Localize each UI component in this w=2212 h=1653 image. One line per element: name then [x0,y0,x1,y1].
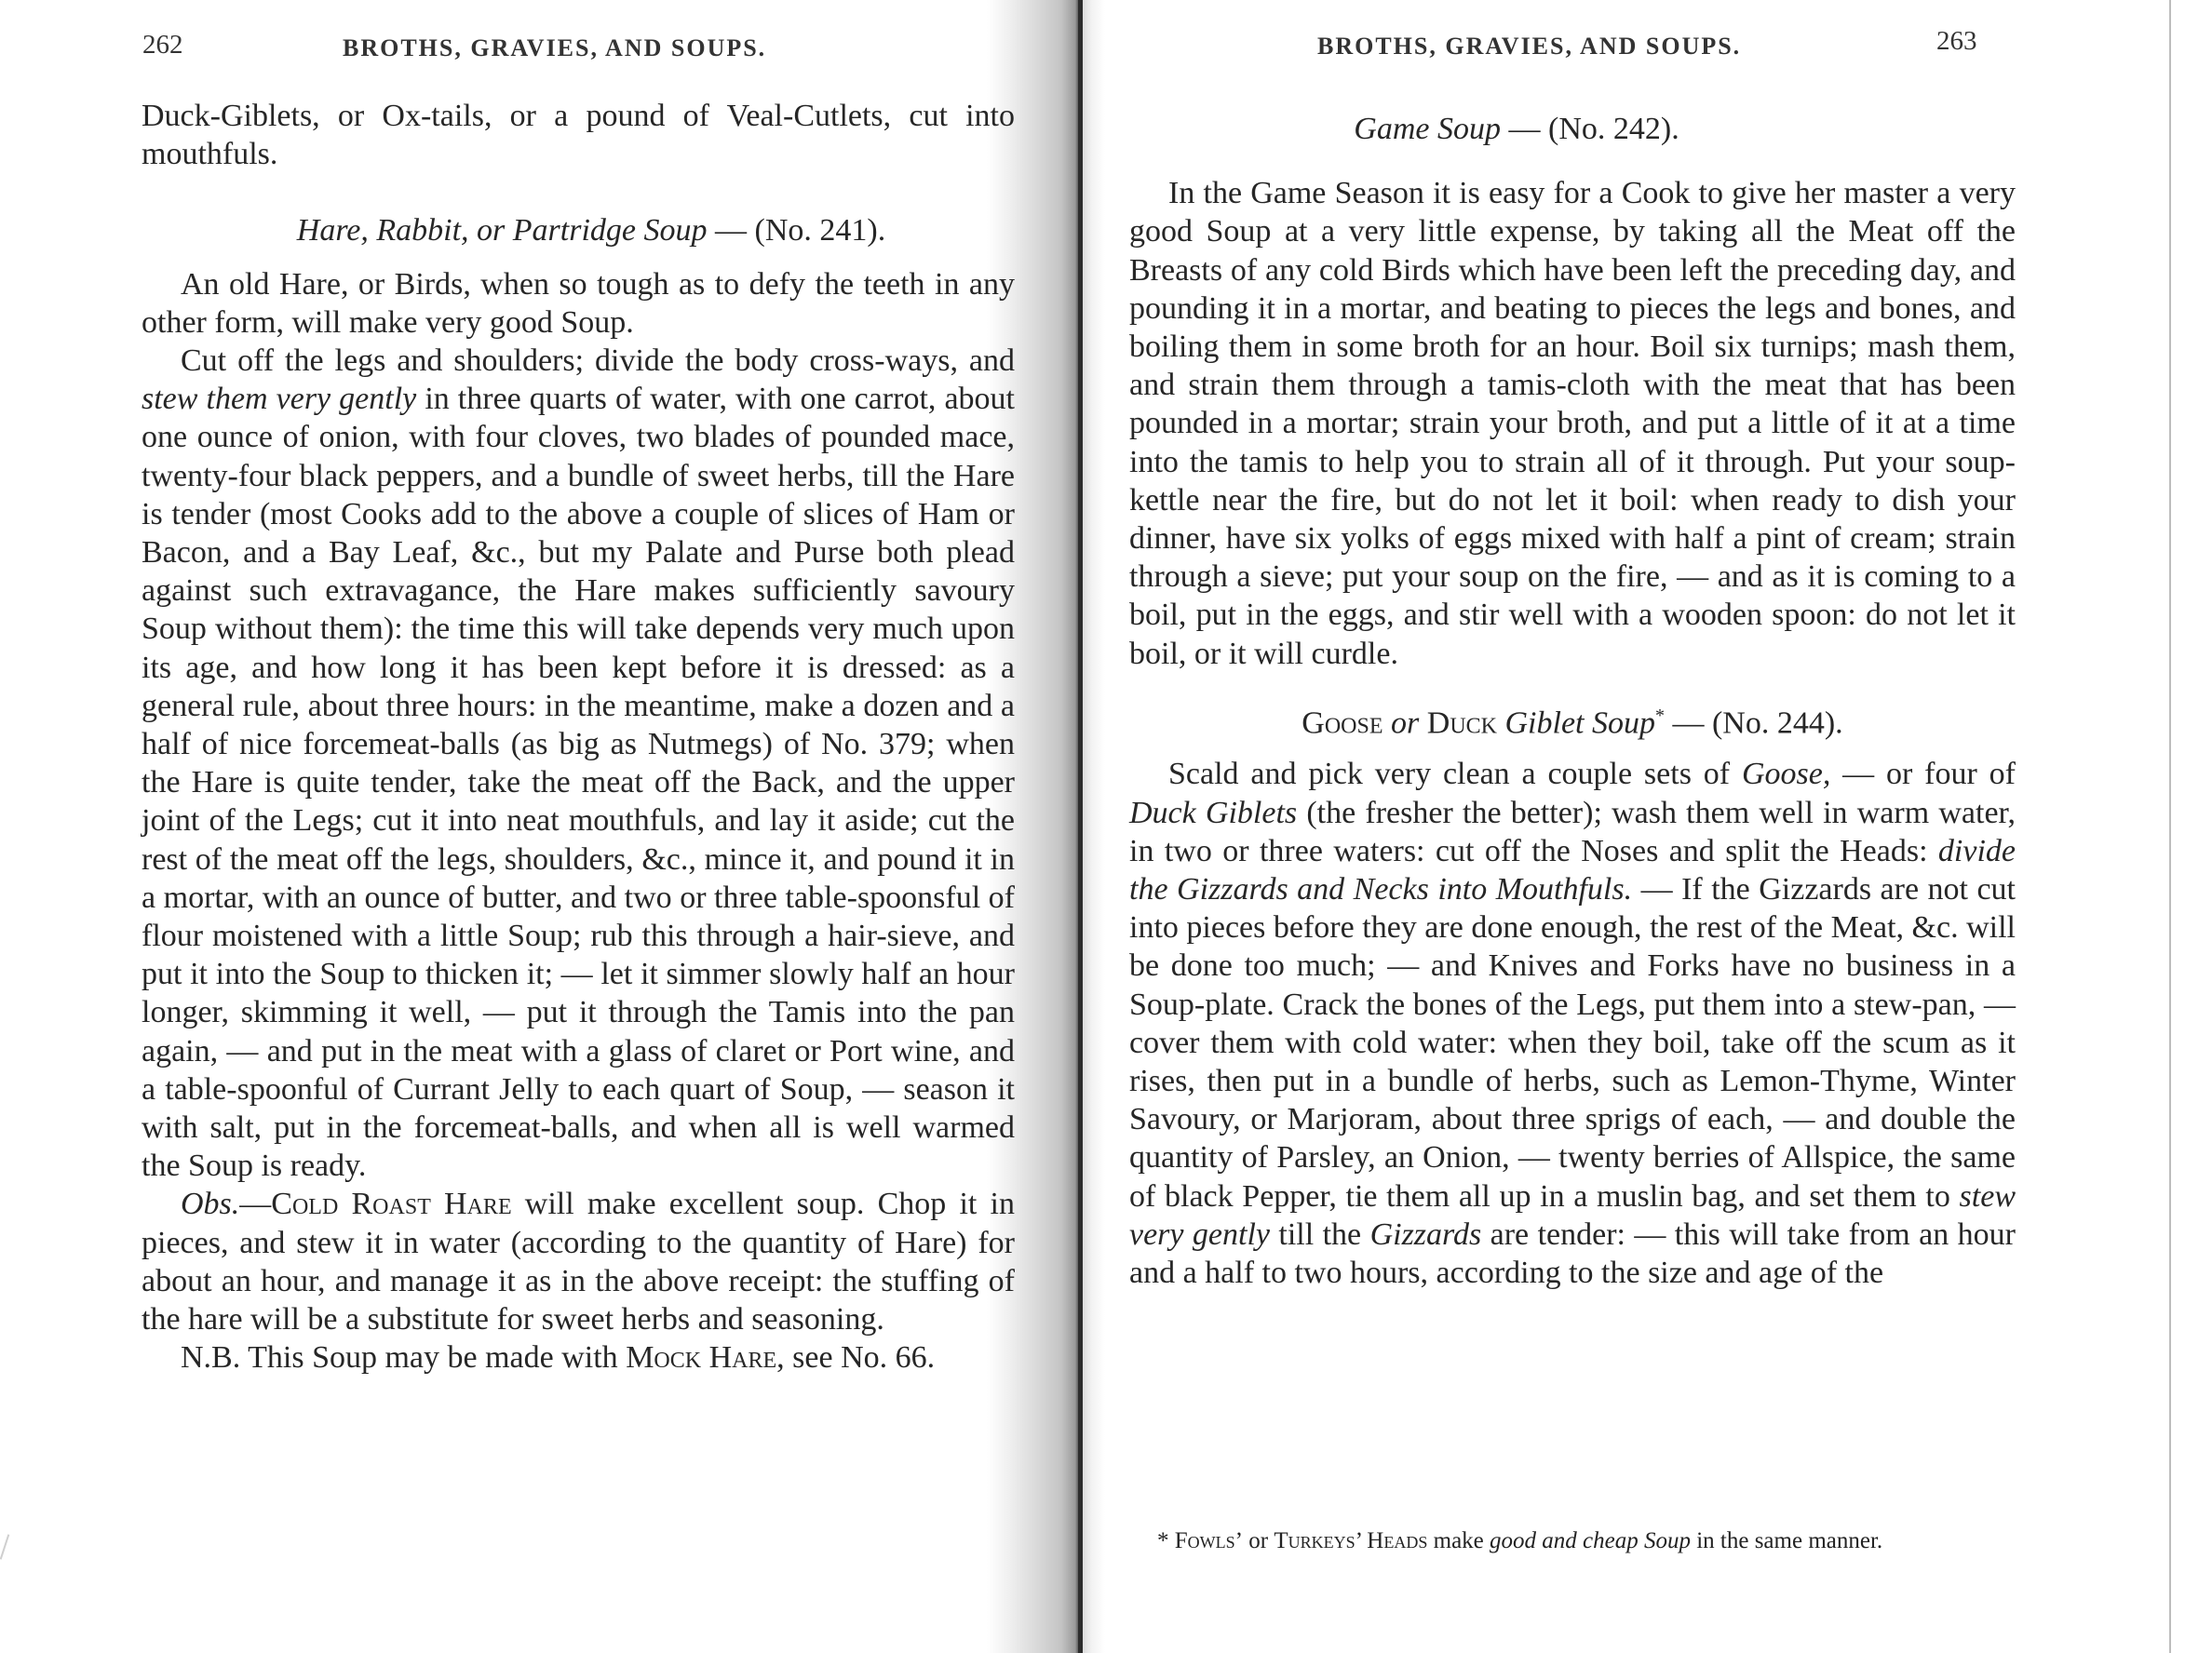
giblet-soup-paragraph: Scald and pick very clean a couple sets … [1129,755,2016,1292]
obs-paragraph: Obs.—Cold Roast Hare will make excellent… [142,1185,1015,1338]
text-run: — or four of [1830,757,2016,791]
italic-run: Gizzards [1370,1217,1482,1252]
continuation-paragraph: Duck-Giblets, or Ox-tails, or a pound of… [142,97,1015,173]
page-edge-line [2169,0,2171,1653]
italic-run: Duck Giblets [1129,796,1297,830]
italic-run: Goose, [1742,757,1830,791]
left-page: 262 BROTHS, GRAVIES, AND SOUPS. Duck-Gib… [0,0,1080,1653]
text-run: in three quarts of water, with one carro… [142,382,1015,1183]
text-run: till the [1270,1217,1370,1252]
paragraph: Cut off the legs and shoulders; divide t… [142,342,1015,1185]
recipe-title-241: Hare, Rabbit, or Partridge Soup — (No. 2… [142,211,1015,249]
running-head-right: BROTHS, GRAVIES, AND SOUPS. [1317,33,1741,60]
footnote: * Fowls’ or Turkeys’ Heads make good and… [1131,1526,2020,1556]
text-run: make [1427,1528,1490,1553]
italic-run: stew them very gently [142,382,416,416]
nb-paragraph: N.B. This Soup may be made with Mock Har… [142,1338,1015,1377]
recipe-title-text: Giblet Soup [1497,706,1655,740]
text-run: N.B. This Soup may be made with [181,1340,626,1375]
paragraph: An old Hare, or Birds, when so tough as … [142,265,1015,342]
footnote-marker: * [1655,706,1665,726]
page-number-right: 263 [1936,26,1977,57]
text-run: — If the Gizzards are not cut into piece… [1129,872,2016,1214]
smallcaps-run: Duck [1427,706,1497,740]
text-run: , see No. 66. [776,1340,935,1375]
text-run: Cut off the legs and shoulders; divide t… [181,343,1015,378]
recipe-title-244: Goose or Duck Giblet Soup* — (No. 244). [1129,697,2016,743]
recipe-number: — (No. 242). [1501,112,1679,146]
running-head-left: BROTHS, GRAVIES, AND SOUPS. [343,34,766,62]
text-run: Scald and pick very clean a couple sets … [1168,757,1742,791]
italic-run: or [1383,706,1427,740]
left-text-block: Duck-Giblets, or Ox-tails, or a pound of… [142,97,1015,1377]
smallcaps-run: Mock Hare [626,1340,776,1375]
smallcaps-run: Goose [1302,706,1382,740]
recipe-title-text: Game Soup [1354,112,1501,146]
recipe-number: — (No. 241). [708,213,886,248]
right-page: BROTHS, GRAVIES, AND SOUPS. 263 Game Sou… [1083,0,2212,1653]
text-run: or [1243,1528,1274,1553]
recipe-title-242: Game Soup — (No. 242). [1129,110,2016,148]
smallcaps-run: Turkeys’ Heads [1274,1528,1427,1553]
text-run: in the same manner. [1691,1528,1882,1553]
page-number-left: 262 [142,30,183,60]
right-text-block: Game Soup — (No. 242). In the Game Seaso… [1129,110,2016,1292]
obs-label: Obs. [181,1187,239,1221]
footnote-star: * [1131,1528,1175,1553]
recipe-number: — (No. 244). [1665,706,1843,740]
scan-mark [0,1534,9,1559]
game-soup-paragraph: In the Game Season it is easy for a Cook… [1129,174,2016,673]
smallcaps-run: Fowls’ [1175,1528,1243,1553]
italic-run: good and cheap Soup [1490,1528,1691,1553]
recipe-title-text: Hare, Rabbit, or Partridge Soup [297,213,708,248]
smallcaps-run: Cold Roast Hare [271,1187,511,1221]
dash: — [239,1187,271,1221]
